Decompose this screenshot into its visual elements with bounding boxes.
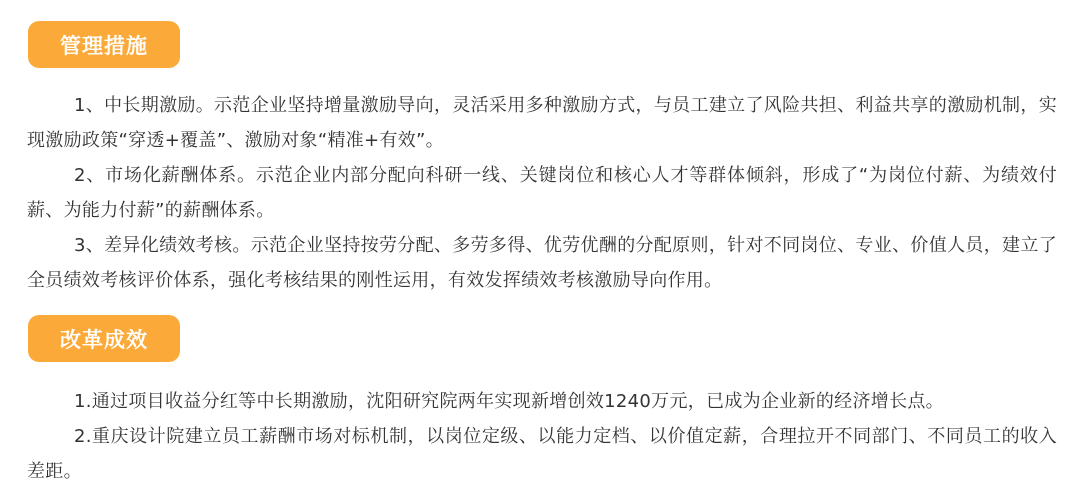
paragraph-result-shenyang: 1.通过项目收益分红等中长期激励，沈阳研究院两年实现新增创效1240万元，已成为…: [27, 384, 1057, 419]
section-heading-management-measures: 管理措施: [28, 21, 180, 68]
section-heading-label: 管理措施: [60, 30, 148, 60]
section-heading-label: 改革成效: [60, 324, 148, 354]
paragraph-differentiated-performance: 3、差异化绩效考核。示范企业坚持按劳分配、多劳多得、优劳优酬的分配原则，针对不同…: [27, 228, 1057, 298]
paragraph-market-salary-system: 2、市场化薪酬体系。示范企业内部分配向科研一线、关键岗位和核心人才等群体倾斜，形…: [27, 158, 1057, 228]
paragraph-long-term-incentive: 1、中长期激励。示范企业坚持增量激励导向，灵活采用多种激励方式，与员工建立了风险…: [27, 88, 1057, 158]
section-heading-reform-results: 改革成效: [28, 315, 180, 362]
paragraph-result-chongqing: 2.重庆设计院建立员工薪酬市场对标机制，以岗位定级、以能力定档、以价值定薪，合理…: [27, 419, 1057, 489]
